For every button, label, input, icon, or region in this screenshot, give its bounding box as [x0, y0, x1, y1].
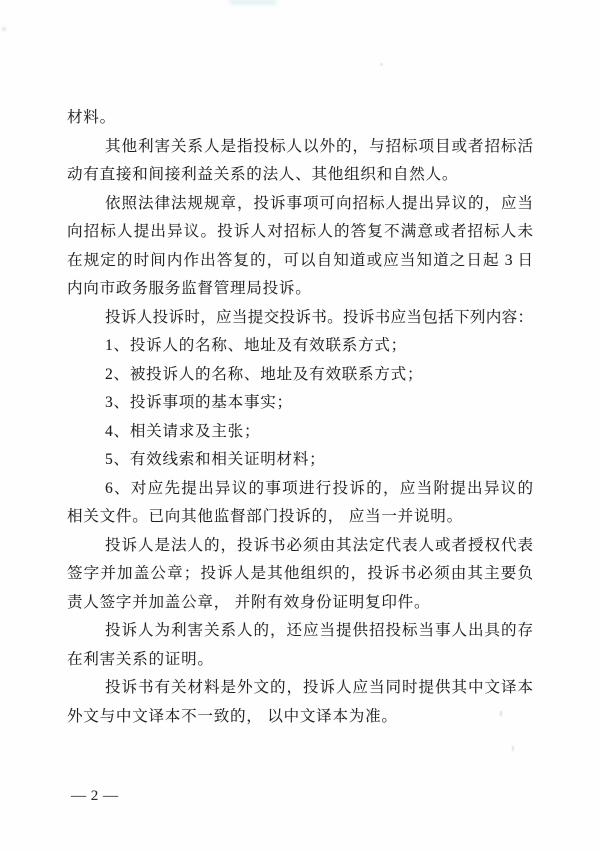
- text-line: 签字并加盖公章；投诉人是其他组织的，投诉书必须由其主要负: [67, 560, 533, 589]
- text-line: 投诉书有关材料是外文的，投诉人应当同时提供其中文译本: [67, 674, 533, 703]
- text-line: 投诉人是法人的，投诉书必须由其法定代表人或者授权代表: [67, 532, 533, 561]
- text-line: 1、投诉人的名称、地址及有效联系方式；: [67, 332, 533, 361]
- text-line: 内向市政务服务监督管理局投诉。: [67, 275, 533, 304]
- text-line: 5、有效线索和相关证明材料；: [67, 446, 533, 475]
- scan-artifact-dot: [380, 63, 383, 66]
- text-line: 责人签字并加盖公章， 并附有效身份证明复印件。: [67, 589, 533, 618]
- text-line: 投诉人投诉时，应当提交投诉书。投诉书应当包括下列内容：: [67, 304, 533, 333]
- text-line: 6、对应先提出异议的事项进行投诉的，应当附提出异议的: [67, 475, 533, 504]
- text-line: 材料。: [67, 104, 533, 133]
- text-line: 依照法律法规规章，投诉事项可向招标人提出异议的，应当: [67, 190, 533, 219]
- text-line: 相关文件。已向其他监督部门投诉的， 应当一并说明。: [67, 503, 533, 532]
- text-line: 在利害关系的证明。: [67, 646, 533, 675]
- scan-artifact-dot: [2, 27, 6, 31]
- scanned-document-page: 材料。其他利害关系人是指投标人以外的，与招标项目或者招标活动有直接和间接利益关系…: [0, 0, 600, 852]
- text-line: 4、相关请求及主张；: [67, 418, 533, 447]
- text-line: 2、被投诉人的名称、地址及有效联系方式；: [67, 361, 533, 390]
- text-line: 动有直接和间接利益关系的法人、其他组织和自然人。: [67, 161, 533, 190]
- text-line: 3、投诉事项的基本事实；: [67, 389, 533, 418]
- document-body-text: 材料。其他利害关系人是指投标人以外的，与招标项目或者招标活动有直接和间接利益关系…: [67, 104, 533, 731]
- scan-artifact-tick: [512, 746, 514, 751]
- text-line: 在规定的时间内作出答复的，可以自知道或应当知道之日起 3 日: [67, 247, 533, 276]
- text-line: 投诉人为利害关系人的，还应当提供招投标当事人出具的存: [67, 617, 533, 646]
- text-line: 其他利害关系人是指投标人以外的，与招标项目或者招标活: [67, 133, 533, 162]
- page-number: — 2 —: [71, 788, 119, 805]
- text-line: 向招标人提出异议。投诉人对招标人的答复不满意或者招标人未: [67, 218, 533, 247]
- text-line: 外文与中文译本不一致的， 以中文译本为准。: [67, 703, 533, 732]
- scan-artifact-smudge: [230, 0, 276, 4]
